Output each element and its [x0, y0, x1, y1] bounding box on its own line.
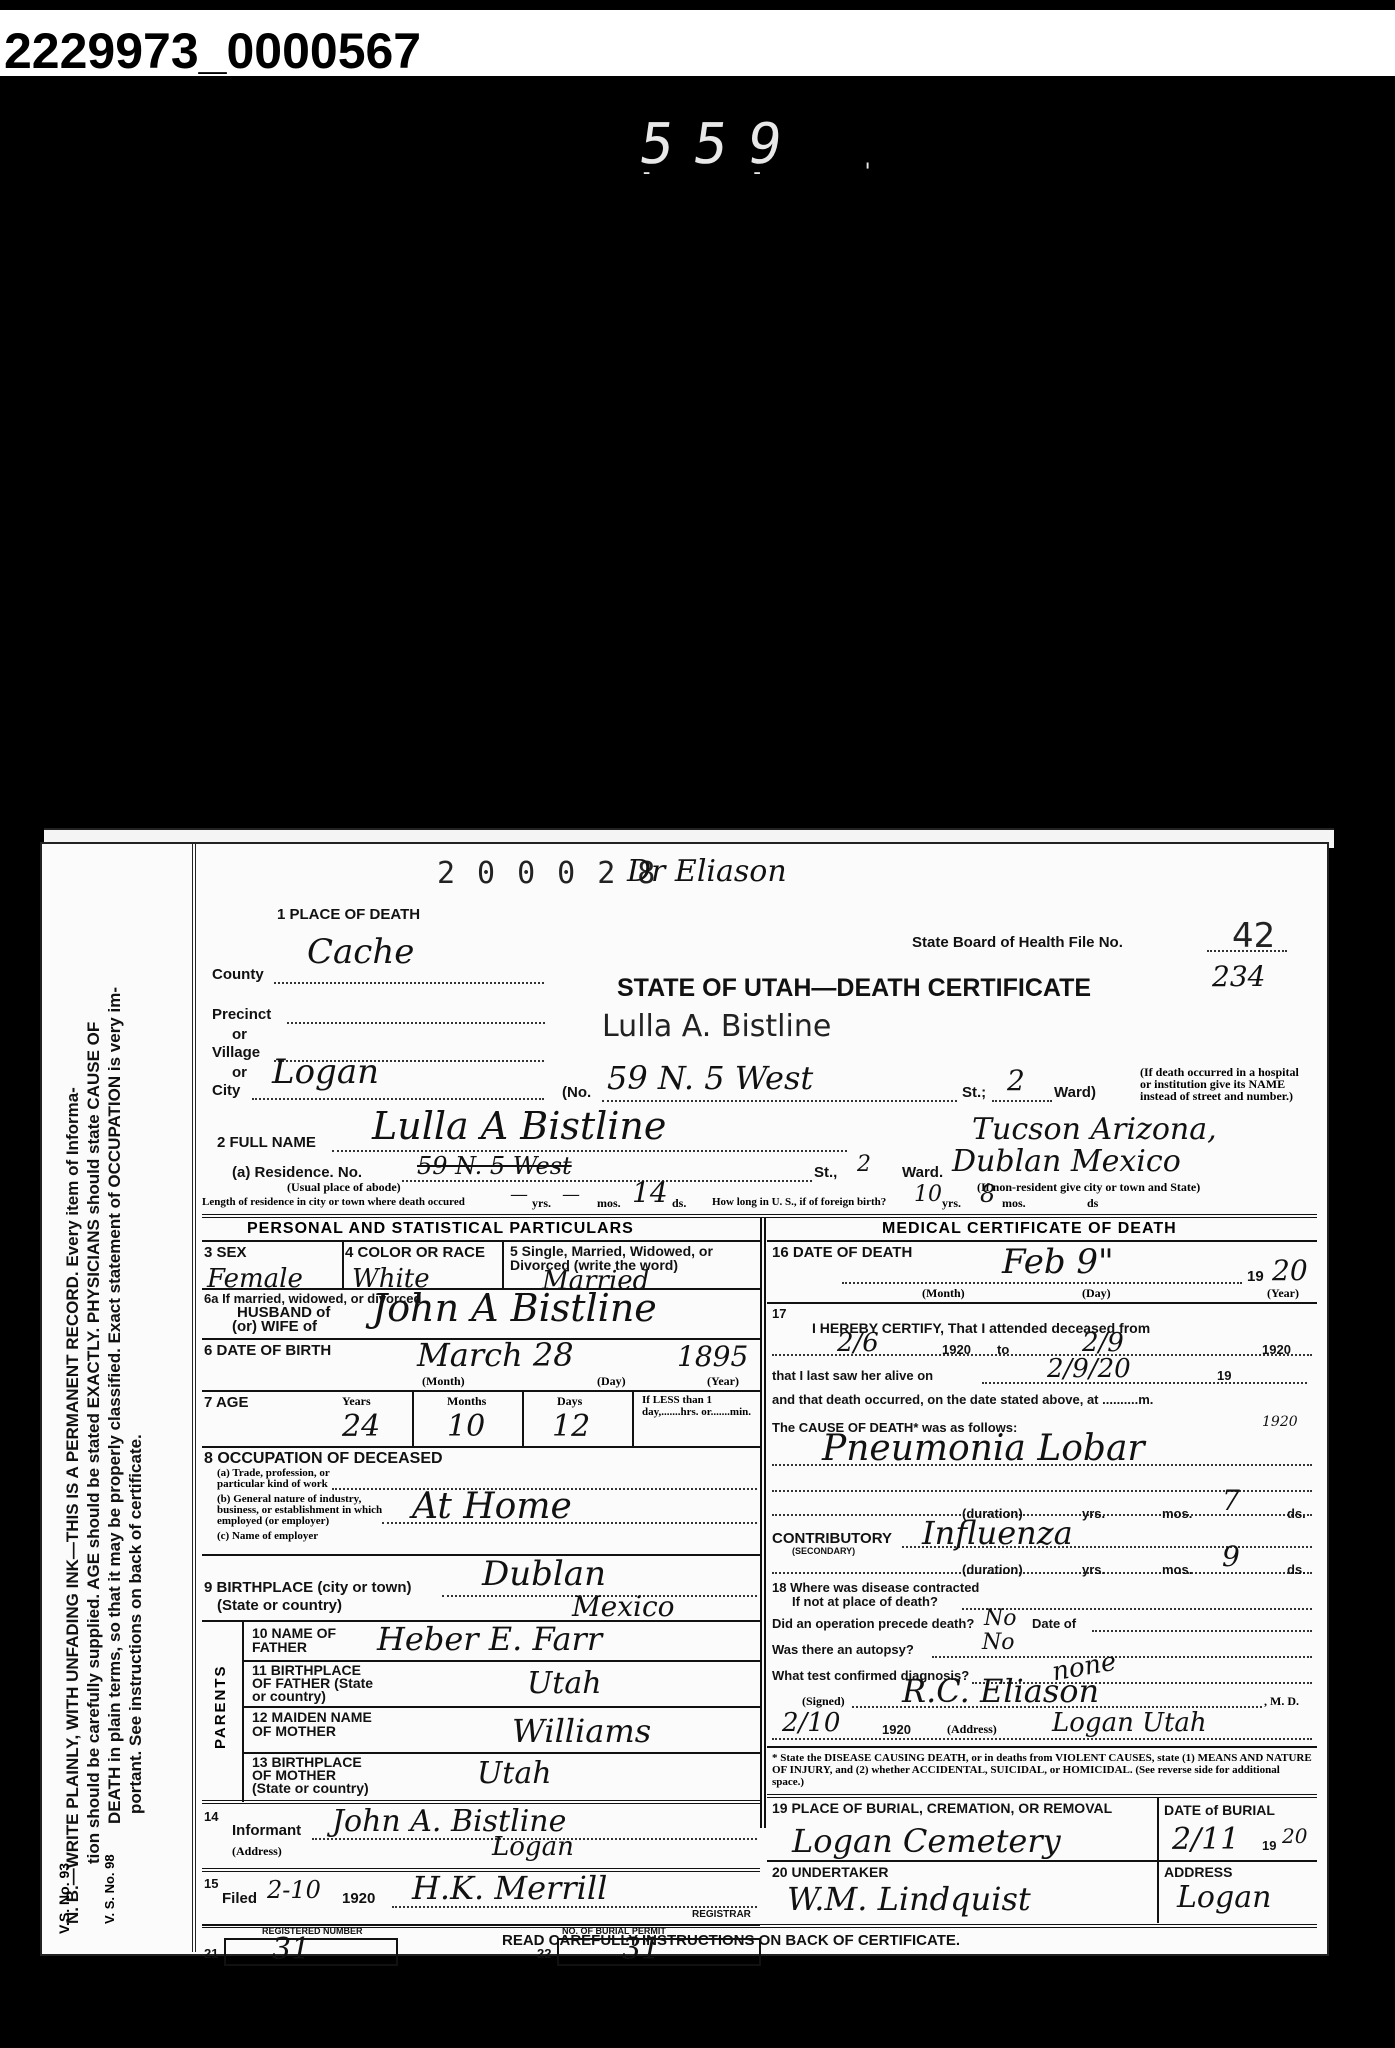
place-of-death-label: 1 PLACE OF DEATH: [277, 906, 420, 923]
cause-of-death-value: Pneumonia Lobar: [822, 1428, 1145, 1469]
occupation-value: At Home: [412, 1486, 572, 1527]
signed-year: 1920: [882, 1722, 911, 1737]
typed-name-annotation: Lulla A. Bistline: [602, 1009, 831, 1044]
attended-from-value: 2/6: [837, 1328, 879, 1358]
city-value: Logan: [272, 1052, 379, 1092]
mother-value: Williams: [512, 1712, 651, 1750]
certificate-title: STATE OF UTAH—DEATH CERTIFICATE: [617, 974, 1091, 1003]
filed-date-value: 2-10: [267, 1876, 321, 1904]
last-saw-value: 2/9/20: [1047, 1354, 1131, 1384]
image-id: 2229973_0000567: [4, 22, 421, 80]
date-of-death-year: 20: [1272, 1254, 1308, 1287]
personal-section-title: PERSONAL AND STATISTICAL PARTICULARS: [247, 1220, 634, 1238]
side-instructions: N. B.—WRITE PLAINLY, WITH UNFADING INK—T…: [42, 844, 196, 1952]
form-number-alt: V. S. No. 98: [102, 1854, 117, 1924]
dob-year: 1895: [677, 1340, 748, 1373]
city-label: City: [212, 1082, 240, 1099]
death-certificate: N. B.—WRITE PLAINLY, WITH UNFADING INK—T…: [40, 842, 1329, 1956]
contributory-duration-days: 9: [1222, 1540, 1240, 1573]
age-months-value: 10: [447, 1409, 485, 1444]
burial-date-value: 2/11: [1172, 1822, 1239, 1857]
birthplace-state-value: Mexico: [572, 1590, 675, 1623]
physician-signature: R.C. Eliason: [902, 1672, 1099, 1710]
frame-number-marks: - - ': [640, 160, 916, 185]
dob-value: March 28: [417, 1336, 574, 1374]
full-name-label: 2 FULL NAME: [217, 1134, 316, 1151]
image-id-bar: 2229973_0000567: [0, 10, 1395, 76]
residence-label: (a) Residence. No.: [232, 1164, 362, 1181]
autopsy-value: No: [982, 1630, 1015, 1655]
ward-value: 2: [1007, 1064, 1025, 1097]
registrar-value: H.K. Merrill: [412, 1869, 607, 1907]
spouse-value: John A Bistline: [372, 1286, 657, 1330]
father-value: Heber E. Farr: [377, 1620, 602, 1658]
county-value: Cache: [307, 932, 414, 972]
street-value: 59 N. 5 West: [607, 1059, 813, 1097]
contributory-value: Influenza: [922, 1514, 1073, 1552]
form-number: V.S. No. 93: [56, 1863, 72, 1934]
burial-place-value: Logan Cemetery: [792, 1822, 1061, 1860]
parents-label: PARENTS: [212, 1664, 229, 1749]
full-name-right-annotation: Tucson Arizona,: [972, 1112, 1217, 1147]
age-years-value: 24: [342, 1409, 380, 1444]
informant-address-value: Logan: [492, 1832, 574, 1862]
father-birthplace-value: Utah: [527, 1666, 602, 1701]
burial-year-value: 20: [1282, 1824, 1307, 1848]
signed-date-value: 2/10: [782, 1708, 840, 1738]
certificate-form: 200028 Dr Eliason 1 PLACE OF DEATH Count…: [202, 854, 1317, 1944]
operation-value: No: [984, 1606, 1017, 1631]
nonresident-value: Dublan Mexico: [952, 1144, 1181, 1179]
physician-address-value: Logan Utah: [1052, 1708, 1207, 1738]
village-label: Village: [212, 1044, 260, 1061]
side-instruction-text: N. B.—WRITE PLAINLY, WITH UNFADING INK—T…: [62, 874, 146, 1924]
file-no: 42: [1232, 916, 1275, 956]
hospital-note: (If death occurred in a hospital or inst…: [1140, 1066, 1310, 1102]
registered-number-box: [224, 1938, 398, 1966]
medical-section-title: MEDICAL CERTIFICATE OF DEATH: [882, 1220, 1177, 1238]
date-of-death-value: Feb 9": [1002, 1242, 1114, 1282]
us-years-value: 10: [914, 1182, 942, 1207]
county-label: County: [212, 966, 264, 983]
age-days-value: 12: [552, 1409, 590, 1444]
filed-year: 1920: [342, 1890, 375, 1907]
full-name-value: Lulla A Bistline: [372, 1104, 666, 1148]
us-months-value: 8: [980, 1180, 995, 1208]
file-no-label: State Board of Health File No.: [912, 934, 1123, 951]
undertaker-value: W.M. Lindquist: [787, 1880, 1031, 1918]
file-no-extra: 234: [1212, 960, 1265, 993]
undertaker-address-value: Logan: [1177, 1880, 1271, 1915]
residence-value: 59 N. 5 West: [417, 1152, 572, 1180]
birthplace-city-value: Dublan: [482, 1554, 606, 1594]
residence-ward-value: 2: [857, 1152, 871, 1177]
annotation-top: Dr Eliason: [627, 854, 787, 889]
primary-duration-days: 7: [1222, 1484, 1240, 1517]
precinct-label: Precinct: [212, 1006, 271, 1023]
mother-birthplace-value: Utah: [477, 1756, 552, 1791]
residence-days-value: 14: [632, 1176, 668, 1209]
registered-number-value: 31: [272, 1932, 310, 1967]
footer-instructions: READ CAREFULLY INSTRUCTIONS ON BACK OF C…: [502, 1932, 960, 1949]
cause-footnote: * State the DISEASE CAUSING DEATH, or in…: [772, 1752, 1312, 1788]
